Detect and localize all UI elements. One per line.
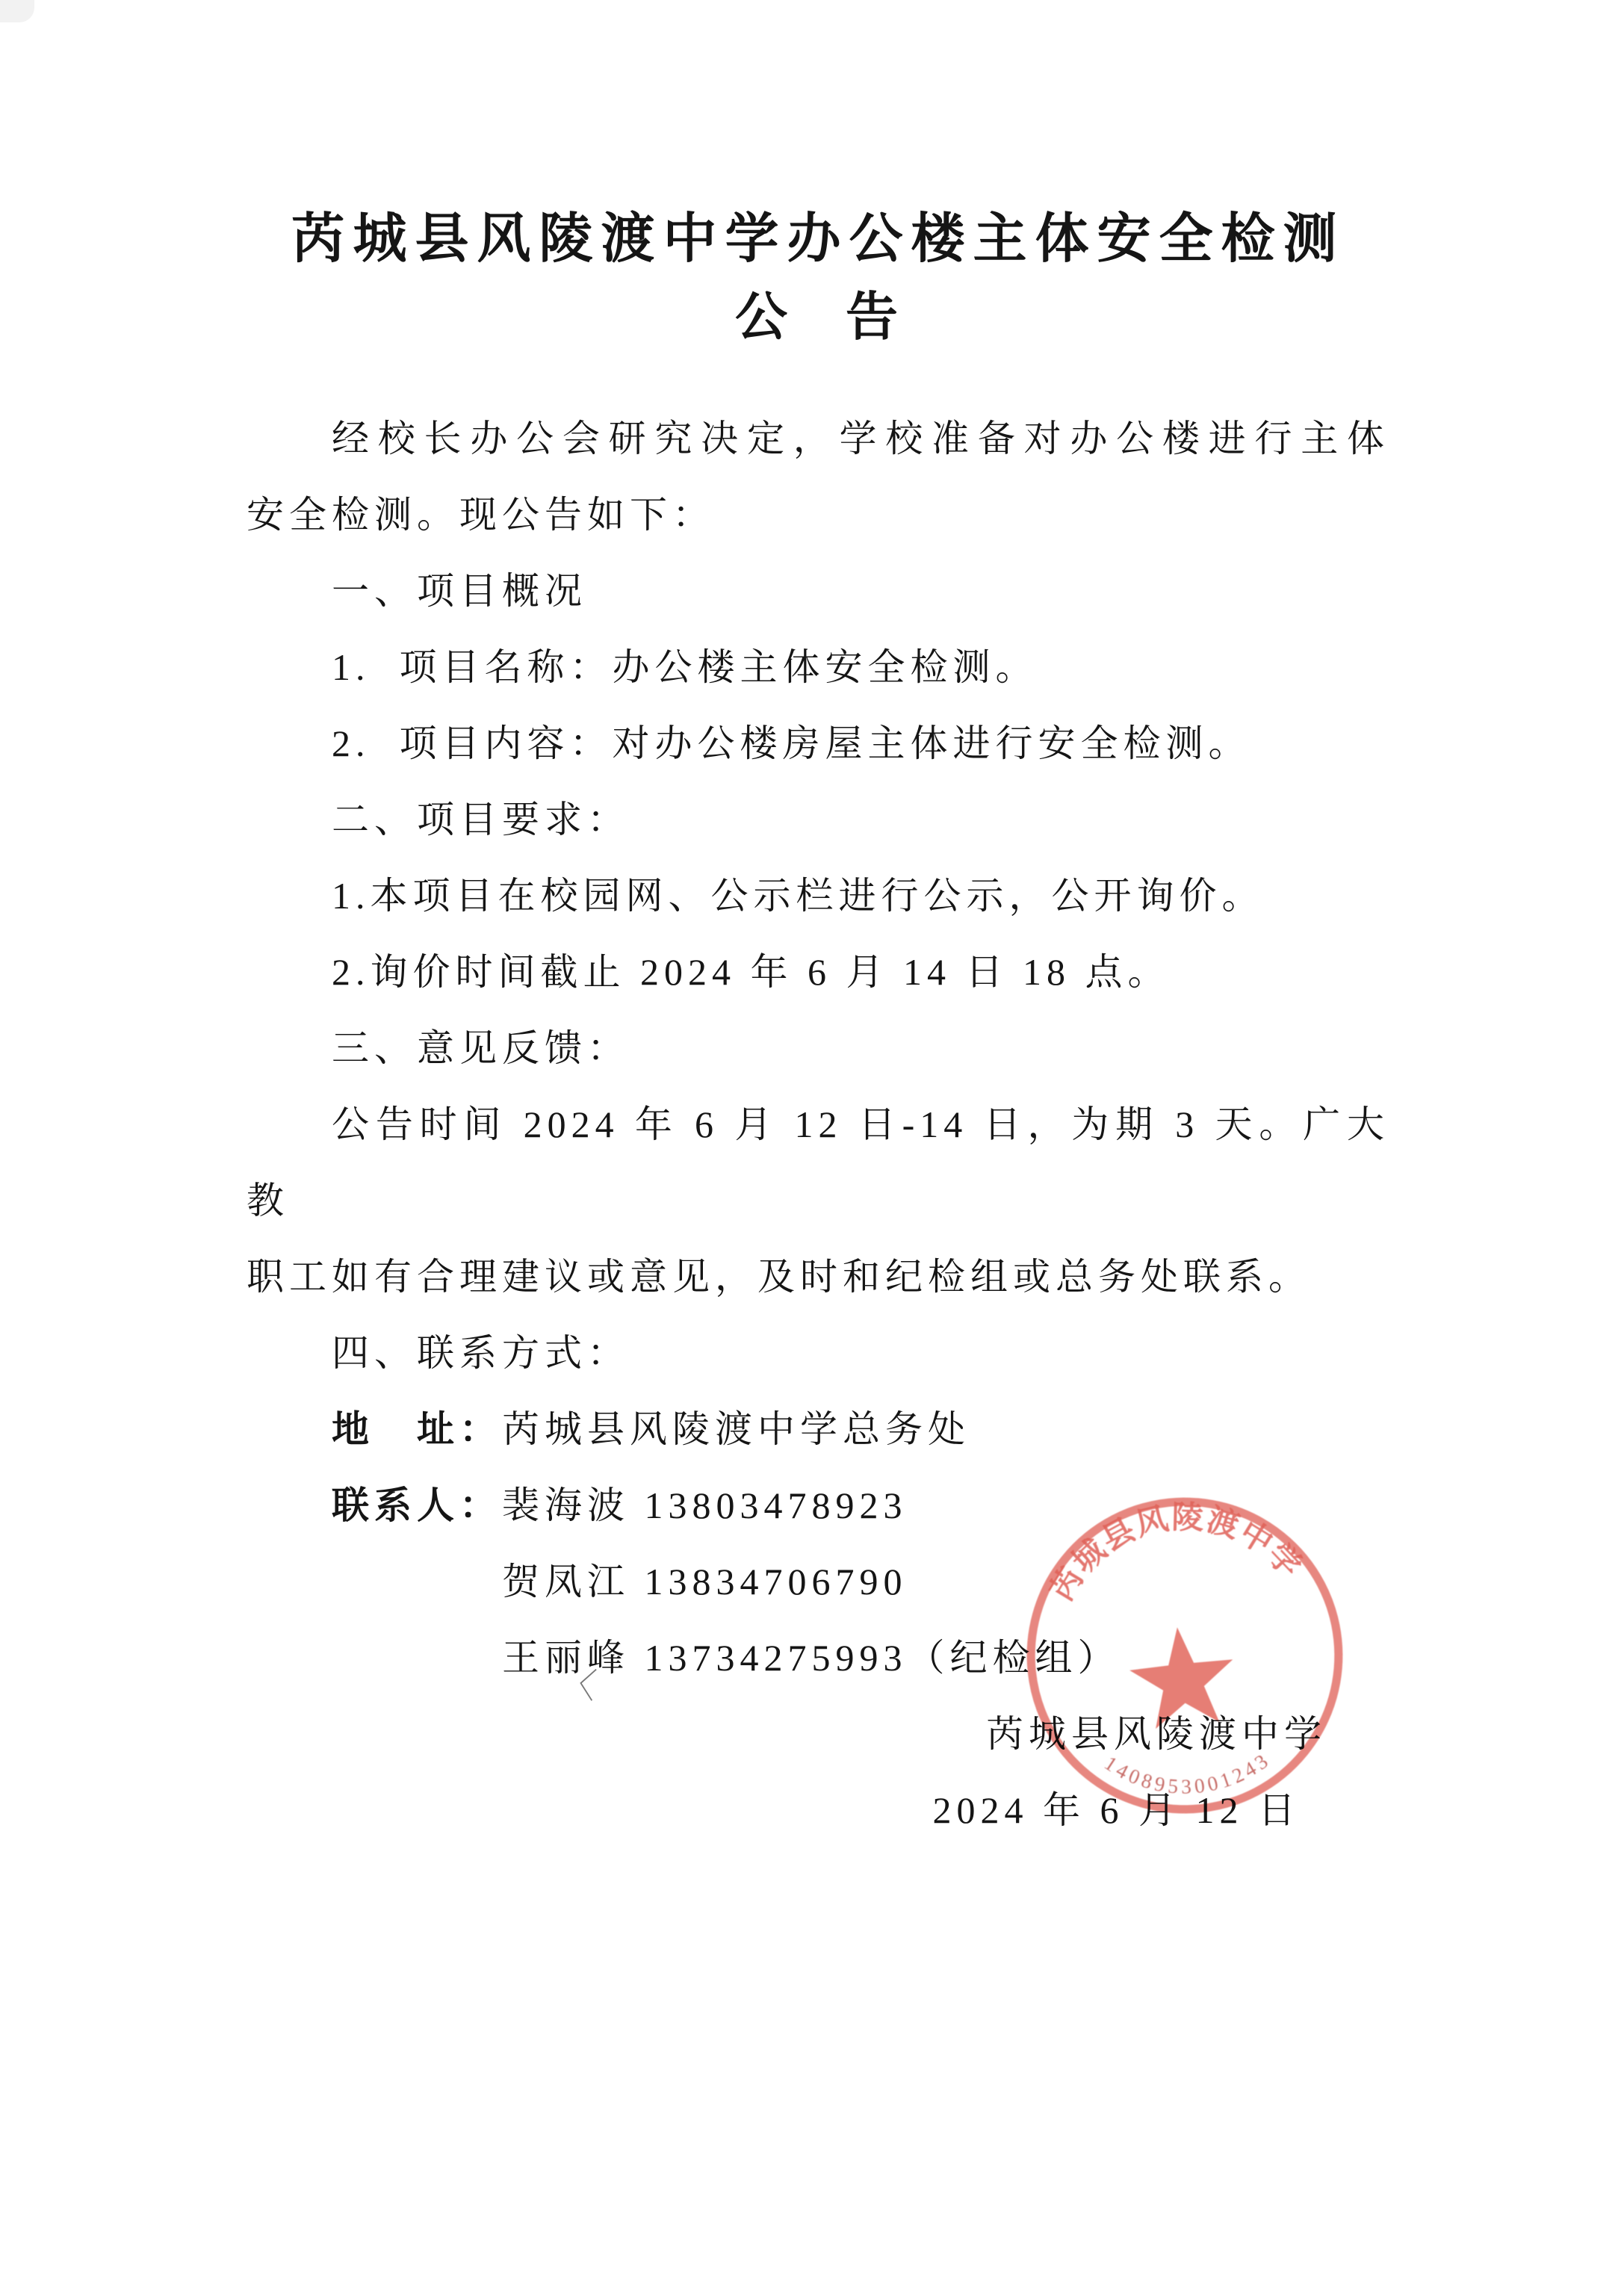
contact-value-1: 裴海波 13803478923 xyxy=(502,1484,908,1526)
paragraph-intro-line2: 安全检测。现公告如下： xyxy=(247,477,1389,553)
scan-stray-mark: 〈 xyxy=(559,1655,600,1709)
section1-heading: 一、项目概况 xyxy=(247,553,1389,629)
document-content: 芮城县风陵渡中学办公楼主体安全检测 公 告 经校长办公会研究决定，学校准备对办公… xyxy=(247,0,1389,1848)
address-line: 地 址：芮城县风陵渡中学总务处 xyxy=(247,1391,1389,1467)
signature-org: 芮城县风陵渡中学 xyxy=(247,1696,1389,1772)
section1-item1: 1. 项目名称：办公楼主体安全检测。 xyxy=(247,629,1389,705)
section3-line1: 公告时间 2024 年 6 月 12 日-14 日，为期 3 天。广大教 xyxy=(247,1086,1389,1239)
page-title: 芮城县风陵渡中学办公楼主体安全检测 xyxy=(247,205,1389,273)
address-label: 地 址： xyxy=(332,1408,502,1450)
scan-corner-smudge xyxy=(0,0,34,22)
contact-line-3: 王丽峰 13734275993（纪检组） xyxy=(247,1620,1389,1696)
contact-label: 联系人： xyxy=(332,1484,502,1526)
signature-date: 2024 年 6 月 12 日 xyxy=(247,1772,1389,1848)
contact-line-1: 联系人：裴海波 13803478923 xyxy=(247,1467,1389,1543)
address-value: 芮城县风陵渡中学总务处 xyxy=(502,1408,970,1450)
section3-line2: 职工如有合理建议或意见，及时和纪检组或总务处联系。 xyxy=(247,1239,1389,1315)
section2-heading: 二、项目要求： xyxy=(247,781,1389,858)
section4-heading: 四、联系方式： xyxy=(247,1315,1389,1391)
section1-item2: 2. 项目内容：对办公楼房屋主体进行安全检测。 xyxy=(247,705,1389,781)
page-subtitle: 公 告 xyxy=(247,282,1389,354)
paragraph-intro-line1: 经校长办公会研究决定，学校准备对办公楼进行主体 xyxy=(247,400,1389,477)
scanned-announcement-page: 芮城县风陵渡中学办公楼主体安全检测 公 告 经校长办公会研究决定，学校准备对办公… xyxy=(0,0,1624,2295)
section3-heading: 三、意见反馈： xyxy=(247,1010,1389,1086)
contact-line-2: 贺凤江 13834706790 xyxy=(247,1543,1389,1620)
document-body: 经校长办公会研究决定，学校准备对办公楼进行主体 安全检测。现公告如下： 一、项目… xyxy=(247,400,1389,1848)
section2-item2: 2.询价时间截止 2024 年 6 月 14 日 18 点。 xyxy=(247,934,1389,1010)
section2-item1: 1.本项目在校园网、公示栏进行公示，公开询价。 xyxy=(247,858,1389,934)
